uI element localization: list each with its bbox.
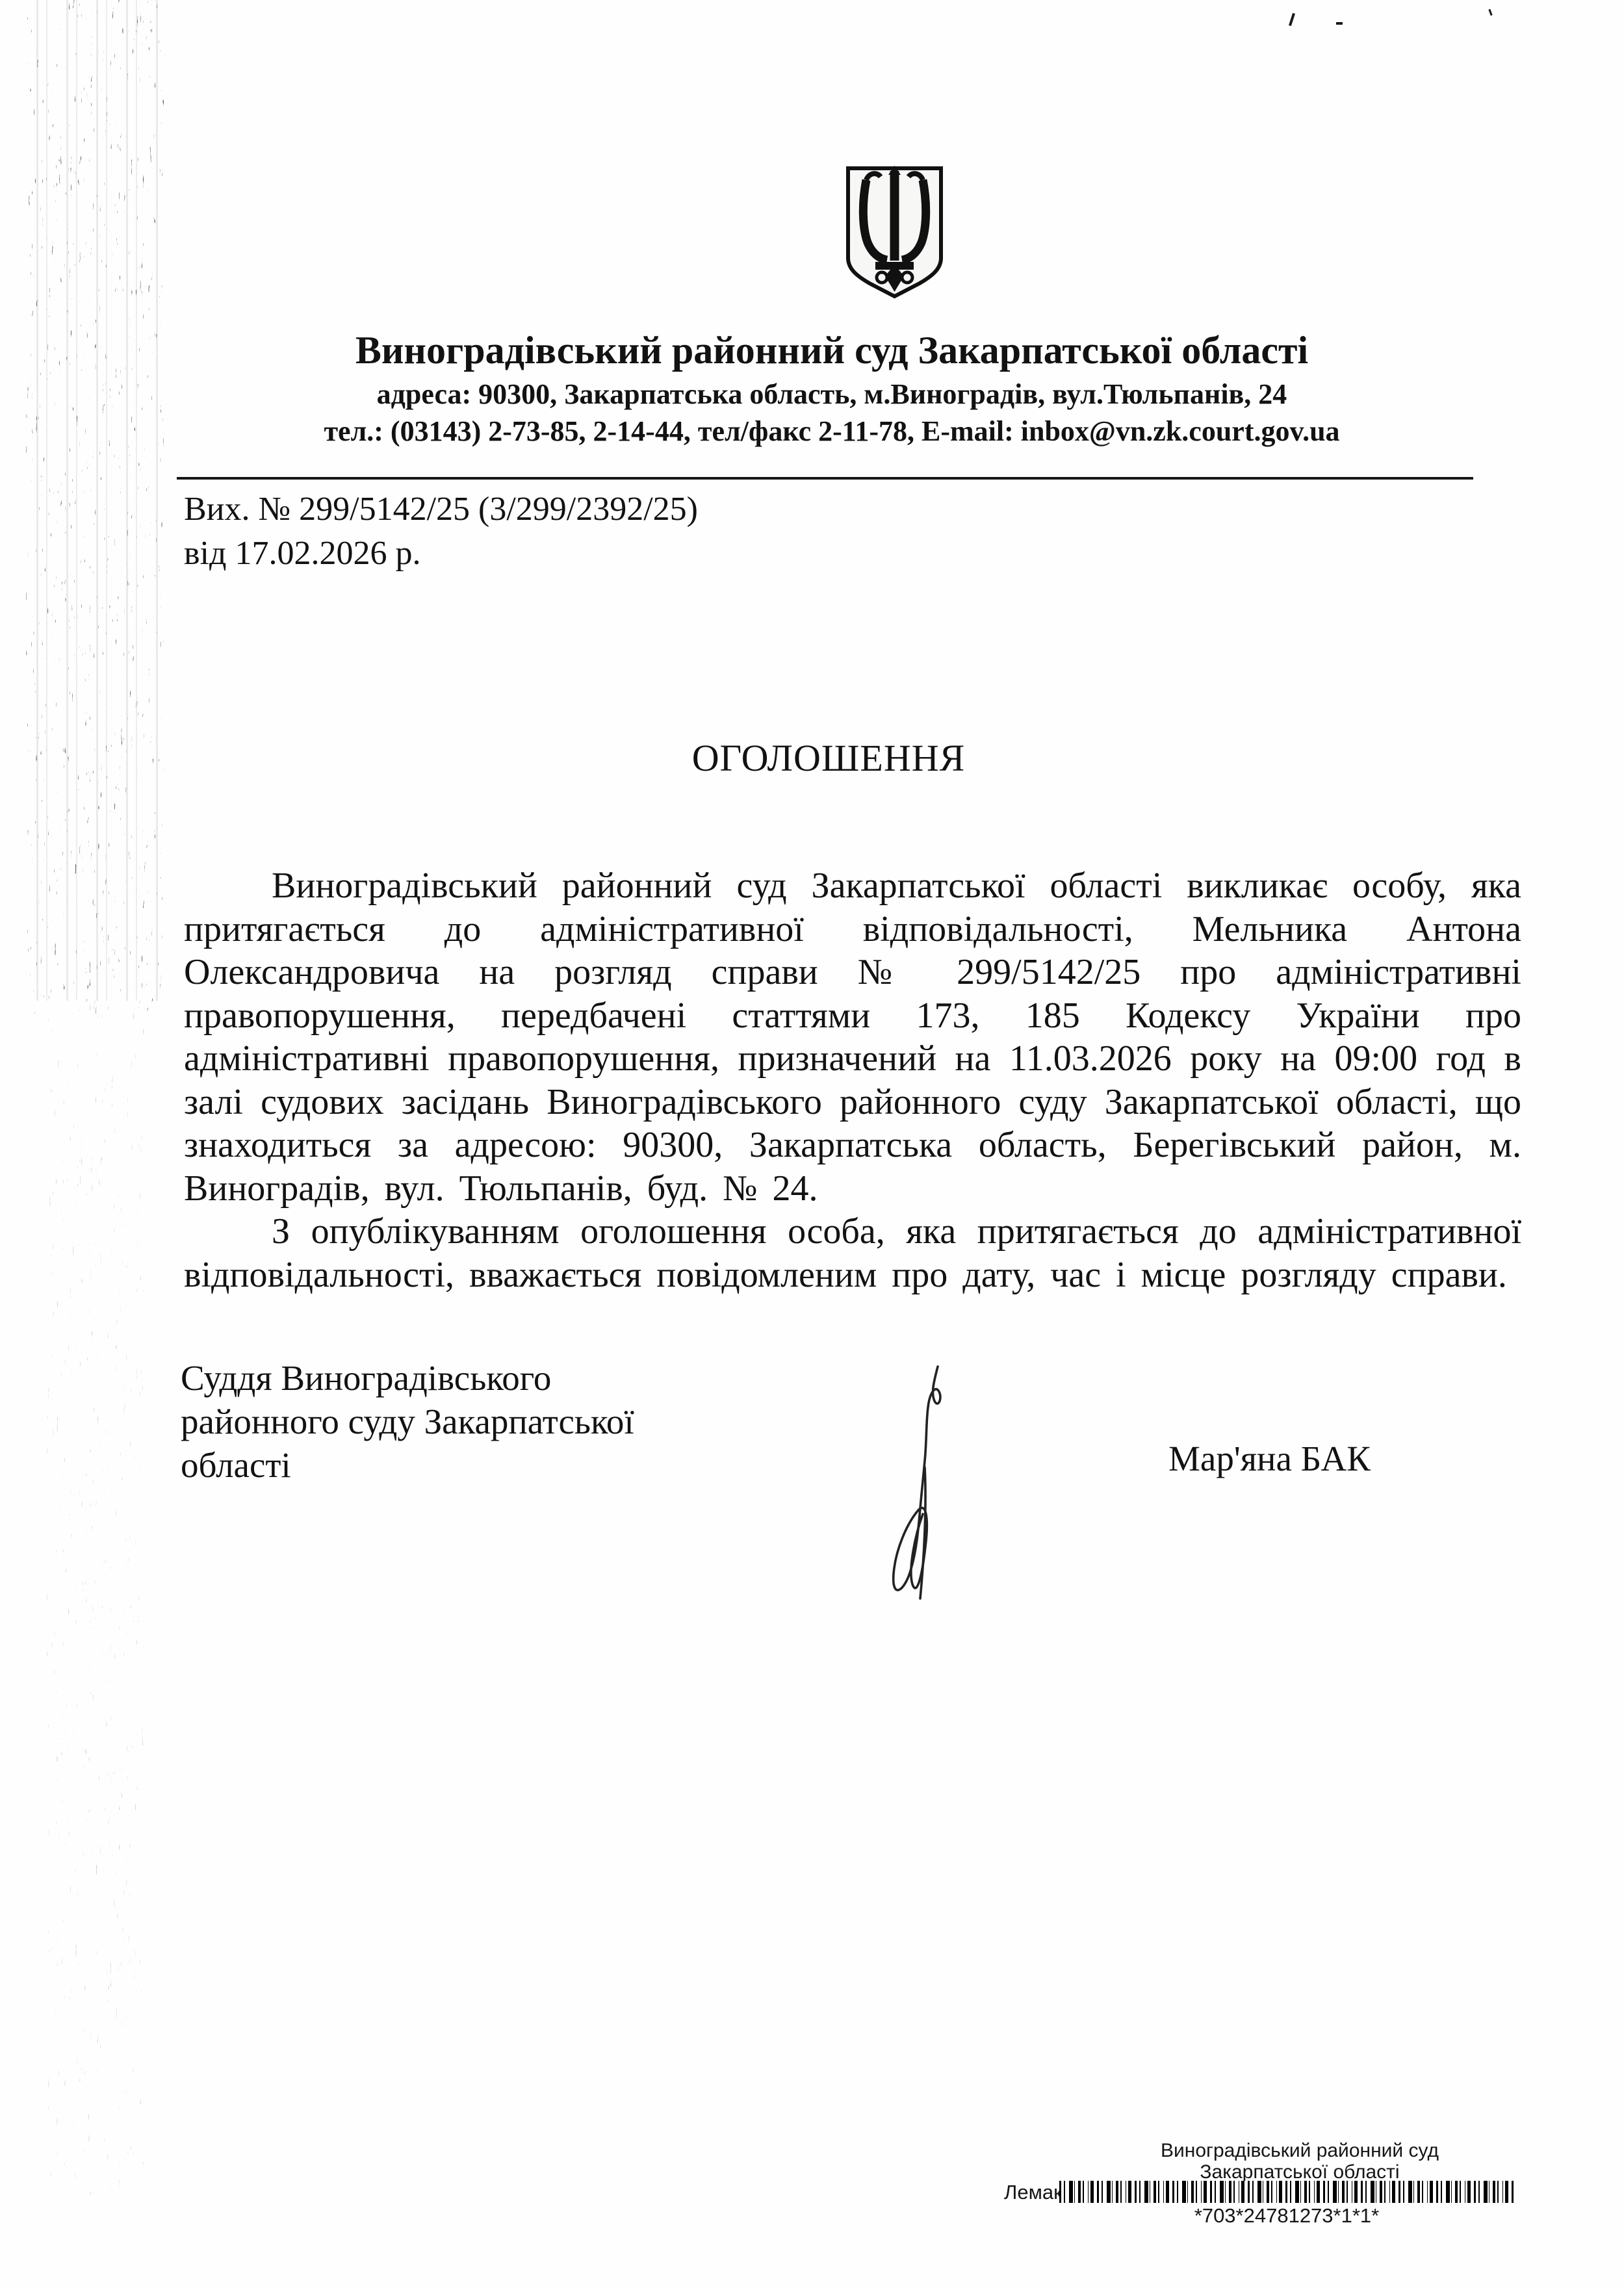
ink-speck [1336,22,1343,25]
court-contacts: тел.: (03143) 2-73-85, 2-14-44, тел/факс… [247,415,1417,448]
document-title: ОГОЛОШЕННЯ [179,736,1478,780]
signer-role-line: Суддя Виноградівського [181,1356,634,1400]
barcode [1059,2181,1515,2203]
signer-role-line: районного суду Закарпатської [181,1400,634,1443]
signer-role: Суддя Виноградівського районного суду За… [181,1356,634,1487]
outgoing-date: від 17.02.2026 р. [184,532,698,576]
scanner-noise-faint [47,1001,144,2196]
clerk-name: Лемак [1004,2181,1063,2204]
court-address: адреса: 90300, Закарпатська область, м.В… [247,378,1417,411]
letterhead: Виноградівський районний суд Закарпатськ… [247,329,1417,448]
scanner-streaks [26,0,164,1001]
signer-name: Мар'яна БАК [1168,1439,1371,1479]
handwritten-signature [889,1357,964,1612]
document-body: Виноградівський районний суд Закарпатськ… [184,864,1521,1296]
signer-role-line: області [181,1443,634,1487]
outgoing-number: Вих. № 299/5142/25 (3/299/2392/25) [184,487,698,532]
footer-court-stamp: Виноградівський районний суд Закарпатськ… [968,2140,1624,2183]
body-paragraph: З опублікуванням оголошення особа, яка п… [184,1210,1521,1296]
ukraine-trident-emblem-icon [842,162,947,302]
ink-speck [1289,13,1295,26]
reference-block: Вих. № 299/5142/25 (3/299/2392/25) від 1… [184,487,698,576]
header-divider [177,477,1473,480]
body-paragraph: Виноградівський районний суд Закарпатськ… [184,864,1521,1210]
court-name: Виноградівський районний суд Закарпатськ… [247,329,1417,372]
footer-court-line: Виноградівський районний суд [968,2140,1624,2161]
footer-court-line: Закарпатської області [968,2161,1624,2183]
ink-speck [1488,9,1492,16]
barcode-number: *703*24781273*1*1* [962,2204,1612,2228]
scanned-court-document: Виноградівський районний суд Закарпатськ… [0,0,1624,2288]
